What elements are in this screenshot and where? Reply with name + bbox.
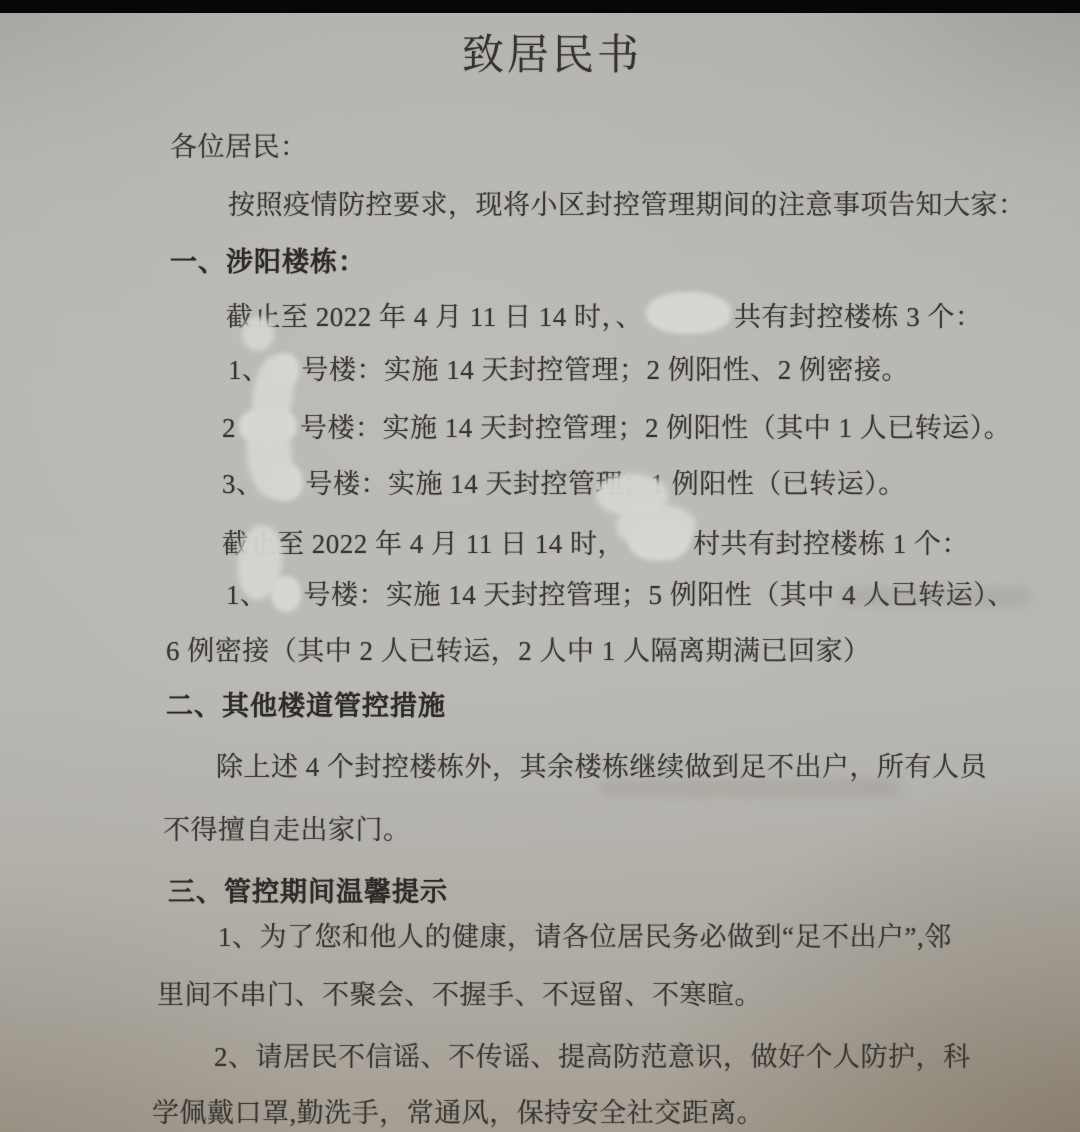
tip-item-1-continuation: 里间不串门、不聚会、不握手、不逗留、不寒暄。 bbox=[157, 975, 762, 1015]
building-item-2: 2号楼：实施 14 天封控管理；2 例阳性（其中 1 人已转运）。 bbox=[222, 407, 1011, 448]
section-2-heading: 二、其他楼道管控措施 bbox=[166, 686, 446, 726]
redaction-blob bbox=[646, 292, 731, 334]
line-text: 村共有封控楼栋 1 个： bbox=[693, 529, 969, 559]
redaction-blob bbox=[242, 317, 274, 351]
section-3-heading: 三、管控期间温馨提示 bbox=[168, 872, 448, 912]
tip-item-2-continuation: 学佩戴口罩,勤洗手，常通风，保持安全社交距离。 bbox=[152, 1093, 764, 1132]
bleedthrough-mark bbox=[840, 588, 1030, 606]
section-1-heading: 一、涉阳楼栋： bbox=[170, 242, 366, 282]
section-2-paragraph-continuation: 不得擅自走出家门。 bbox=[163, 810, 411, 850]
line-text: 2 bbox=[222, 413, 236, 443]
document-photo: 致居民书 各位居民： 按照疫情防控要求，现将小区封控管理期间的注意事项告知大家：… bbox=[0, 0, 1080, 1132]
building-item-3: 3、号楼：实施 14 天封控管理；1 例阳性（已转运）。 bbox=[222, 463, 906, 504]
building-item-4-continuation: 6 例密接（其中 2 人已转运，2 人中 1 人隔离期满已回家） bbox=[166, 631, 871, 671]
tip-item-1: 1、为了您和他人的健康，请各位居民务必做到“足不出户”,邻 bbox=[218, 917, 952, 957]
paper-sheet bbox=[0, 0, 1080, 1132]
tip-item-2: 2、请居民不信谣、不传谣、提高防范意识，做好个人防护，科 bbox=[214, 1037, 971, 1077]
photo-edge-bar bbox=[0, 0, 1080, 13]
line-text: 共有封控楼栋 3 个： bbox=[734, 302, 983, 332]
building-item-1: 1、号楼：实施 14 天封控管理；2 例阳性、2 例密接。 bbox=[228, 350, 909, 390]
line-text: 号楼：实施 14 天封控管理；2 例阳性（其中 1 人已转运）。 bbox=[300, 413, 1011, 443]
lockdown-count-line-1: 截止至 2022 年 4 月 11 日 14 时，、共有封控楼栋 3 个： bbox=[226, 292, 983, 337]
line-text: 号楼：实施 14 天封控管理；2 例阳性、2 例密接。 bbox=[302, 355, 910, 385]
line-text: 截止至 2022 年 4 月 11 日 14 时，、 bbox=[226, 302, 643, 332]
intro-paragraph: 按照疫情防控要求，现将小区封控管理期间的注意事项告知大家： bbox=[228, 185, 1026, 225]
redaction-blob bbox=[616, 504, 696, 548]
bleedthrough-mark bbox=[600, 780, 900, 796]
salutation: 各位居民： bbox=[170, 127, 308, 167]
document-title: 致居民书 bbox=[462, 28, 642, 84]
lockdown-count-line-2: 截止至 2022 年 4 月 11 日 14 时，村共有封控楼栋 1 个： bbox=[222, 519, 969, 564]
